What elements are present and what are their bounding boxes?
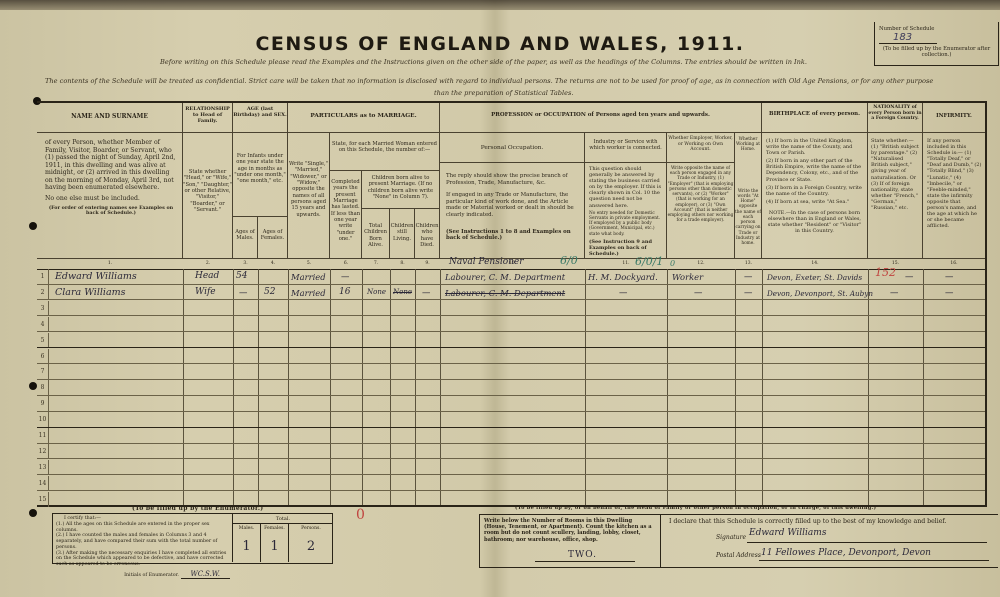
punch-hole-icon xyxy=(29,382,37,390)
row2-children-living: None xyxy=(393,288,412,296)
row-number: 8 xyxy=(37,380,49,395)
birthplace-rule-4: (4) If born at sea, write "At Sea." xyxy=(766,199,863,205)
table-row: 5 xyxy=(37,333,985,349)
males-total: 1 xyxy=(233,539,260,554)
column-number: 1. xyxy=(37,259,183,269)
confidential-line-1: The contents of the Schedule will be tre… xyxy=(45,77,933,85)
table-row: 3 xyxy=(37,301,985,317)
column-number: 14. xyxy=(762,259,868,269)
header-infirmity: INFIRMITY. xyxy=(923,103,985,133)
header-home: Whether Working at Home. Write the words… xyxy=(735,133,762,259)
table-row: 7 xyxy=(37,364,985,380)
schedule-number-box: Number of Schedule 183 (To be filled up … xyxy=(874,22,999,66)
header-industry-text: This question should generally be answer… xyxy=(589,166,663,209)
birthplace-rule-3: (3) If born in a Foreign Country, write … xyxy=(766,185,863,197)
initials-label: Initials of Enumerator. xyxy=(124,573,179,578)
header-married-woman: State, for each Married Woman entered on… xyxy=(330,133,440,171)
row1-marital-status: Married xyxy=(291,272,326,282)
row1-occupation: Labourer, C. M. Department xyxy=(445,272,565,282)
annotation-green-mark: 0 xyxy=(670,259,675,268)
row-number: 14 xyxy=(37,476,49,491)
column-number: 12. xyxy=(667,259,735,269)
punch-hole-icon xyxy=(29,222,37,230)
row1-nationality: — xyxy=(905,271,913,281)
household-table: NAME AND SURNAME of every Person, whethe… xyxy=(37,101,987,507)
signature-label: Signature xyxy=(716,534,746,541)
certify-item-3: (3.) After making the necessary enquirie… xyxy=(56,551,230,568)
header-age-body: For Infants under one year state the age… xyxy=(233,133,288,217)
header-relationship: RELATIONSHIP to Head of Family. xyxy=(183,103,233,133)
rooms-value: TWO. xyxy=(568,550,597,560)
row1-name: Edward Williams xyxy=(55,271,137,282)
header-personal-note: (See Instructions 1 to 8 and Examples on… xyxy=(446,229,578,242)
initials-value: WC.S.W. xyxy=(181,570,231,579)
females-label: Females. xyxy=(261,526,288,531)
row2-nationality: — xyxy=(890,287,898,297)
row1-birthplace: Devon, Exeter, St. Davids xyxy=(767,273,862,282)
row1-at-home: — xyxy=(744,271,752,281)
row2-name: Clara Williams xyxy=(55,287,126,298)
row2-relationship: Wife xyxy=(195,287,216,297)
birthplace-rule-1: (1) If born in the United Kingdom, write… xyxy=(766,138,863,156)
row-number: 5 xyxy=(37,333,49,348)
table-row: 14 xyxy=(37,476,985,492)
row2-infirmity: — xyxy=(945,287,953,297)
annotation-naval-pensioner: Naval Pensioner xyxy=(449,257,524,267)
table-row: 9 xyxy=(37,396,985,412)
census-schedule-page: CENSUS OF ENGLAND AND WALES, 1911. Befor… xyxy=(0,0,1000,597)
header-home-body: Write the words "At Home" opposite the n… xyxy=(735,189,761,247)
header-industry-text-2: No entry needed for Domestic Servants in… xyxy=(589,211,663,237)
persons-total: 2 xyxy=(289,539,333,554)
enumerator-certificate-box: I certify that:— (1.) All the ages on th… xyxy=(52,513,333,564)
table-row: 13 xyxy=(37,460,985,476)
column-number: 13. xyxy=(735,259,762,269)
table-row: 11 xyxy=(37,428,985,444)
schedule-number-value: 183 xyxy=(879,32,937,44)
row1-age-male: 54 xyxy=(236,271,247,281)
header-infirmity-body: If any person included in this Schedule … xyxy=(923,133,985,259)
header-employer-body: Write opposite the name of each person e… xyxy=(667,163,735,259)
row2-children-died: — xyxy=(422,287,430,297)
rooms-underline xyxy=(535,561,635,562)
header-personal-occupation: Personal Occupation. xyxy=(440,133,585,163)
header-nationality-body: State whether:— (1) "British subject by … xyxy=(868,133,923,259)
row2-birthplace: Devon, Devonport, St. Aubyn xyxy=(767,289,873,298)
punch-hole-icon xyxy=(29,509,37,517)
totals-label: Total. xyxy=(233,514,333,524)
rooms-instruction: Write below the Number of Rooms in this … xyxy=(484,518,654,543)
certificate-text: I certify that:— (1.) All the ages on th… xyxy=(56,516,230,579)
header-marriage-status: Write "Single," "Married," "Widower," or… xyxy=(288,133,330,259)
header-home-title: Whether Working at Home. xyxy=(735,137,761,153)
males-label: Males. xyxy=(233,526,260,531)
header-name: NAME AND SURNAME xyxy=(37,103,183,133)
totals-box: Total. Males. 1 Females. 1 Persons. 2 xyxy=(232,514,332,562)
header-marriage: PARTICULARS as to MARRIAGE. xyxy=(288,103,440,133)
annotation-green-mark: 6/0 xyxy=(560,254,578,267)
birthplace-rule-2: (2) If born in any other part of the Bri… xyxy=(766,158,863,182)
table-row: 4 xyxy=(37,317,985,333)
declaration-section: I declare that this Schedule is correctl… xyxy=(660,515,998,567)
header-employer: Whether Employer, Worker, or Working on … xyxy=(667,133,735,163)
address-value: 11 Fellowes Place, Devonport, Devon xyxy=(761,548,931,558)
red-annotation-bottom: 0 xyxy=(356,507,365,523)
column-number: 4. xyxy=(258,259,288,269)
header-birthplace: BIRTHPLACE of every person. xyxy=(762,103,868,133)
header-industry-body: This question should generally be answer… xyxy=(585,163,667,259)
row-number: 9 xyxy=(37,396,49,411)
row-number: 13 xyxy=(37,460,49,475)
row2-industry: — xyxy=(619,287,627,297)
row1-relationship: Head xyxy=(195,271,219,281)
header-years-married: Completed years the present Marriage has… xyxy=(330,171,362,259)
row2-marital-status: Married xyxy=(291,288,326,298)
column-number: 7. xyxy=(362,259,390,269)
header-industry: Industry or Service with which worker is… xyxy=(585,133,667,163)
household-declaration-box: Write below the Number of Rooms in this … xyxy=(479,514,998,568)
row-number: 3 xyxy=(37,301,49,316)
row2-at-home: — xyxy=(744,287,752,297)
header-personal-body: The reply should show the precise branch… xyxy=(440,163,585,259)
header-birthplace-body: (1) If born in the United Kingdom, write… xyxy=(762,133,868,259)
annotation-green-mark: 6/0/1 xyxy=(635,255,663,268)
enumerator-section-title: (To be filled up by the Enumerator.) xyxy=(132,505,263,512)
row1-industry: H. M. Dockyard. xyxy=(588,272,658,282)
header-personal-text-2: If engaged in any Trade or Manufacture, … xyxy=(446,192,578,218)
declaration-text: I declare that this Schedule is correctl… xyxy=(669,518,946,525)
table-row: 10 xyxy=(37,412,985,428)
header-name-footnote: (For order of entering names see Example… xyxy=(45,206,177,218)
column-number: 3. xyxy=(233,259,258,269)
table-row: 6 xyxy=(37,349,985,365)
document-title: CENSUS OF ENGLAND AND WALES, 1911. xyxy=(0,33,1000,55)
header-profession: PROFESSION or OCCUPATION of Persons aged… xyxy=(440,103,762,133)
header-age: AGE (last Birthday) and SEX. xyxy=(233,103,288,133)
row-number: 15 xyxy=(37,492,49,508)
instruction-line: Before writing on this Schedule please r… xyxy=(160,58,807,66)
household-section-title: (To be filled up by, or on behalf of, th… xyxy=(515,505,876,511)
row2-employer-status: — xyxy=(694,287,702,297)
row1-infirmity: — xyxy=(945,271,953,281)
row-number: 12 xyxy=(37,444,49,459)
table-row: 12 xyxy=(37,444,985,460)
column-number: 6. xyxy=(330,259,362,269)
females-column: Females. 1 xyxy=(261,524,289,562)
row-number: 10 xyxy=(37,412,49,427)
row-number: 1 xyxy=(37,269,49,284)
header-children: Children born alive to present Marriage.… xyxy=(362,171,440,209)
certify-item-2: (2.) I have counted the males and female… xyxy=(56,533,230,550)
row2-age-female: 52 xyxy=(264,287,275,297)
header-name-text: of every Person, whether Member of Famil… xyxy=(45,139,177,192)
address-line xyxy=(759,560,989,561)
confidential-line-2: than the preparation of Statistical Tabl… xyxy=(434,89,574,97)
column-number: 5. xyxy=(288,259,330,269)
row1-red-annotation: 152 xyxy=(875,266,896,279)
row2-years-married: 16 xyxy=(339,287,350,297)
certify-item-1: (1.) All the ages on this Schedule are e… xyxy=(56,522,230,534)
header-age-males: Ages of Males. xyxy=(233,217,258,259)
header-nationality: NATIONALITY of every Person born in a Fo… xyxy=(868,103,923,133)
row-number: 4 xyxy=(37,317,49,332)
row-number: 6 xyxy=(37,349,49,364)
table-row: 8 xyxy=(37,380,985,396)
persons-label: Persons. xyxy=(289,526,333,531)
signature-value: Edward Williams xyxy=(749,528,826,538)
page-top-edge xyxy=(0,0,1000,10)
row1-years-married: — xyxy=(341,271,349,281)
column-number: 16. xyxy=(923,259,985,269)
column-number: 9. xyxy=(415,259,440,269)
row2-age-male: — xyxy=(239,287,247,297)
persons-column: Persons. 2 xyxy=(289,524,333,562)
birthplace-note: NOTE.—In the case of persons born elsewh… xyxy=(766,210,863,234)
females-total: 1 xyxy=(261,539,288,554)
address-label: Postal Address xyxy=(716,552,761,559)
row-number: 11 xyxy=(37,428,49,443)
row-number: 2 xyxy=(37,285,49,300)
schedule-number-note: (To be filled up by the Enumerator after… xyxy=(879,46,994,58)
column-number: 2. xyxy=(183,259,233,269)
row2-children-total: None xyxy=(367,288,386,296)
row-number: 7 xyxy=(37,364,49,379)
header-personal-text: The reply should show the precise branch… xyxy=(446,173,578,186)
header-relationship-body: State whether "Head," or "Wife," "Son," … xyxy=(183,133,233,259)
header-age-females: Ages of Females. xyxy=(258,217,288,259)
header-name-body: of every Person, whether Member of Famil… xyxy=(37,133,183,259)
row1-employer-status: Worker xyxy=(672,272,703,282)
header-children-total: Total Children Born Alive. xyxy=(362,209,390,259)
column-number: 8. xyxy=(390,259,415,269)
header-children-living: Children still Living. xyxy=(390,209,415,259)
header-children-died: Children who have Died. xyxy=(415,209,440,259)
males-column: Males. 1 xyxy=(233,524,261,562)
signature-line xyxy=(747,542,987,543)
header-name-note: No one else must be included. xyxy=(45,195,177,203)
row2-occupation: Labourer, C. M. Department xyxy=(445,288,565,298)
